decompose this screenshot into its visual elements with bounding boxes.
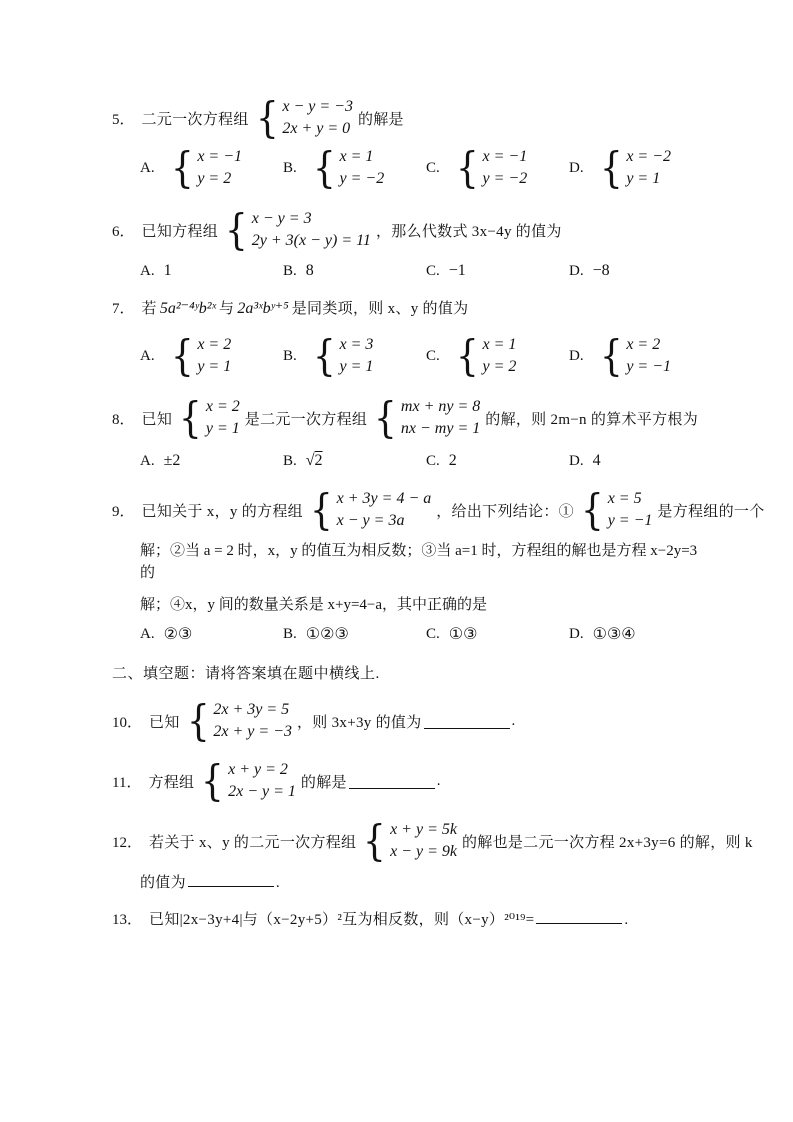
equation-system: {x = 2y = 1 — [177, 396, 240, 440]
question-text: ，则 3x+3y 的值为 — [297, 711, 422, 732]
option-value: ①②③ — [306, 624, 349, 644]
option-label: B. — [283, 626, 297, 643]
section-2-heading: 二、填空题：请将答案填在题中横线上. — [112, 662, 713, 683]
option-value-sqrt: √2 — [306, 452, 323, 470]
option-value: ±2 — [164, 452, 181, 470]
question-number: 9． — [112, 500, 135, 521]
option-d: D. {x = 2y = −1 — [569, 334, 676, 378]
equation-system: {x = 2y = −1 — [598, 334, 671, 378]
question-10: 10． 已知 {2x + 3y = 52x + y = −3 ，则 3x+3y … — [112, 699, 713, 743]
left-brace: { — [179, 396, 202, 440]
question-text: 与 — [219, 298, 234, 320]
question-number: 5． — [112, 108, 135, 129]
option-label: C. — [426, 160, 440, 177]
equation-line: 2x + 3y = 5 — [213, 699, 292, 721]
left-brace: { — [171, 146, 194, 190]
left-brace: { — [187, 699, 210, 743]
option-value: 8 — [306, 262, 314, 280]
question-9-stem-line3: 解；④x，y 间的数量关系是 x+y=4−a，其中正确的是 — [140, 594, 713, 616]
equation-line: x = 5 — [608, 488, 653, 510]
equation-line: x = 1 — [340, 146, 385, 168]
option-value: 4 — [593, 452, 601, 470]
question-number: 12． — [112, 831, 142, 852]
question-7: 7． 若 5a²⁻⁴ʸb²ˣ 与 2a³ˣbʸ⁺⁵ 是同类项，则 x、y 的值为… — [112, 298, 713, 378]
question-text: ，给出下列结论：① — [436, 500, 574, 521]
question-6: 6． 已知方程组 { x − y = 3 2y + 3(x − y) = 11 … — [112, 208, 713, 280]
option-label: A. — [140, 453, 155, 470]
option-label: D. — [569, 160, 584, 177]
question-text: . — [437, 773, 441, 790]
question-text: 是方程组的一个 — [657, 500, 764, 521]
answer-blank — [188, 871, 274, 887]
question-text: 的值为 — [140, 872, 186, 894]
left-brace: { — [313, 334, 336, 378]
option-value: ①③④ — [593, 624, 636, 644]
question-text: 若关于 x、y 的二元一次方程组 — [149, 831, 356, 852]
option-label: A. — [140, 160, 155, 177]
equation-line: x = −1 — [483, 146, 528, 168]
equation-line: x = 2 — [206, 396, 240, 418]
answer-blank — [536, 908, 622, 924]
option-label: D. — [569, 348, 584, 365]
left-brace: { — [225, 208, 248, 252]
equation-system: {x = 3y = 1 — [311, 334, 374, 378]
equation-line: x = −2 — [626, 146, 671, 168]
question-13-stem: 13． 已知|2x−3y+4|与（x−2y+5）²互为相反数，则（x−y）²⁰¹… — [112, 908, 713, 931]
question-text: . — [624, 909, 628, 931]
option-label: D. — [569, 626, 584, 643]
option-a: A.②③ — [140, 624, 283, 644]
option-label: D. — [569, 263, 584, 280]
equation-line: y = −1 — [626, 356, 671, 378]
option-b: B. {x = 1y = −2 — [283, 146, 426, 190]
question-10-stem: 10． 已知 {2x + 3y = 52x + y = −3 ，则 3x+3y … — [112, 699, 713, 743]
equation-line: y = −2 — [340, 168, 385, 190]
question-text: . — [512, 713, 516, 730]
question-text: 若 — [142, 298, 157, 320]
equation-system: { x − y = −3 2x + y = 0 — [254, 96, 353, 140]
question-8-stem: 8． 已知 {x = 2y = 1 是二元一次方程组 {mx + ny = 8n… — [112, 396, 713, 440]
equation-line: x − y = 3a — [337, 510, 432, 532]
left-brace: { — [171, 334, 194, 378]
question-12-stem-line2: 的值为 . — [140, 871, 713, 894]
option-label: B. — [283, 160, 297, 177]
option-d: D. {x = −2y = 1 — [569, 146, 676, 190]
option-value: 2 — [449, 452, 457, 470]
option-b: B.√2 — [283, 452, 426, 470]
option-c: C.2 — [426, 452, 569, 470]
equation-system: {x = −1y = 2 — [169, 146, 242, 190]
equation-line: y = −2 — [483, 168, 528, 190]
answer-blank — [349, 773, 435, 789]
equation-line: 2x + y = −3 — [213, 721, 292, 743]
question-text: 已知关于 x，y 的方程组 — [142, 500, 303, 521]
left-brace: { — [581, 488, 604, 532]
question-11-stem: 11． 方程组 {x + y = 22x − y = 1 的解是 . — [112, 759, 713, 803]
question-12: 12． 若关于 x、y 的二元一次方程组 {x + y = 5kx − y = … — [112, 819, 713, 894]
question-number: 7． — [112, 298, 135, 320]
equation-system: {x = −1y = −2 — [454, 146, 527, 190]
question-text: 的解是 — [301, 771, 347, 792]
equation-system: {x = 1y = 2 — [454, 334, 517, 378]
equation-system: {x = 1y = −2 — [311, 146, 384, 190]
question-number: 10． — [112, 711, 142, 732]
options-row: A.1 B.8 C.−1 D.−8 — [140, 262, 713, 280]
option-d: D.4 — [569, 452, 601, 470]
option-value: ①③ — [449, 624, 478, 644]
option-label: B. — [283, 453, 297, 470]
left-brace: { — [456, 334, 479, 378]
left-brace: { — [600, 146, 623, 190]
question-12-stem-line1: 12． 若关于 x、y 的二元一次方程组 {x + y = 5kx − y = … — [112, 819, 713, 863]
equation-system: {x = −2y = 1 — [598, 146, 671, 190]
equation-line: x = 2 — [197, 334, 231, 356]
question-9: 9． 已知关于 x，y 的方程组 {x + 3y = 4 − ax − y = … — [112, 488, 713, 644]
left-brace: { — [374, 396, 397, 440]
equation-line: x + y = 2 — [228, 759, 296, 781]
option-d: D.−8 — [569, 262, 610, 280]
question-text: 已知 — [142, 408, 173, 429]
answer-blank — [424, 713, 510, 729]
question-5: 5． 二元一次方程组 { x − y = −3 2x + y = 0 的解是 A… — [112, 96, 713, 190]
worksheet-page: 5． 二元一次方程组 { x − y = −3 2x + y = 0 的解是 A… — [0, 0, 793, 931]
options-row: A. {x = 2y = 1 B. {x = 3y = 1 C. {x = 1y… — [140, 334, 713, 378]
question-9-stem-line2: 解；②当 a = 2 时，x，y 的值互为相反数；③当 a=1 时，方程组的解也… — [140, 540, 713, 584]
option-d: D.①③④ — [569, 624, 636, 644]
question-6-stem: 6． 已知方程组 { x − y = 3 2y + 3(x − y) = 11 … — [112, 208, 713, 252]
question-text: 方程组 — [148, 771, 194, 792]
question-7-stem: 7． 若 5a²⁻⁴ʸb²ˣ 与 2a³ˣbʸ⁺⁵ 是同类项，则 x、y 的值为 — [112, 298, 713, 320]
question-number: 6． — [112, 220, 135, 241]
question-text: 的解是 — [358, 108, 404, 129]
left-brace: { — [201, 759, 224, 803]
equation-system: {x + 3y = 4 − ax − y = 3a — [308, 488, 431, 532]
option-a: A. {x = −1y = 2 — [140, 146, 283, 190]
math-expression: 2a³ˣbʸ⁺⁵ — [237, 298, 288, 320]
equation-line: y = 1 — [340, 356, 374, 378]
left-brace: { — [456, 146, 479, 190]
radical-sign: √ — [306, 452, 315, 469]
option-c: C.−1 — [426, 262, 569, 280]
option-label: B. — [283, 263, 297, 280]
question-number: 11． — [112, 771, 141, 792]
option-label: B. — [283, 348, 297, 365]
question-8: 8． 已知 {x = 2y = 1 是二元一次方程组 {mx + ny = 8n… — [112, 396, 713, 470]
equation-line: x + 3y = 4 − a — [337, 488, 432, 510]
option-label: C. — [426, 453, 440, 470]
equation-line: mx + ny = 8 — [401, 396, 480, 418]
option-label: C. — [426, 348, 440, 365]
equation-line: nx − my = 1 — [401, 418, 480, 440]
equation-line: y = 2 — [483, 356, 517, 378]
question-text: 已知方程组 — [142, 220, 219, 241]
equation-system: {x + y = 5kx − y = 9k — [361, 819, 457, 863]
options-row: A.±2 B.√2 C.2 D.4 — [140, 452, 713, 470]
equation-line: 2x + y = 0 — [282, 118, 353, 140]
option-label: A. — [140, 626, 155, 643]
equation-system: {x = 2y = 1 — [169, 334, 232, 378]
equation-line: y = 1 — [197, 356, 231, 378]
equation-line: 2x − y = 1 — [228, 781, 296, 803]
question-text: 是同类项，则 x、y 的值为 — [292, 298, 469, 320]
question-9-stem-line1: 9． 已知关于 x，y 的方程组 {x + 3y = 4 − ax − y = … — [112, 488, 713, 532]
option-value: −8 — [593, 262, 610, 280]
question-text: 是二元一次方程组 — [245, 408, 367, 429]
option-c: C.①③ — [426, 624, 569, 644]
math-expression: 5a²⁻⁴ʸb²ˣ — [160, 298, 216, 320]
equation-line: x − y = 9k — [390, 841, 457, 863]
option-c: C. {x = −1y = −2 — [426, 146, 569, 190]
left-brace: { — [600, 334, 623, 378]
option-a: A. {x = 2y = 1 — [140, 334, 283, 378]
left-brace: { — [256, 96, 279, 140]
option-b: B.①②③ — [283, 624, 426, 644]
option-label: A. — [140, 348, 155, 365]
question-text: ，那么代数式 3x−4y 的值为 — [376, 220, 562, 241]
option-a: A.±2 — [140, 452, 283, 470]
equation-line: y = 1 — [206, 418, 240, 440]
option-a: A.1 — [140, 262, 283, 280]
option-value: −1 — [449, 262, 466, 280]
equation-line: 2y + 3(x − y) = 11 — [252, 230, 371, 252]
options-row: A. {x = −1y = 2 B. {x = 1y = −2 C. {x = … — [140, 146, 713, 190]
equation-line: x − y = −3 — [282, 96, 353, 118]
option-label: C. — [426, 626, 440, 643]
option-label: A. — [140, 263, 155, 280]
equation-line: x + y = 5k — [390, 819, 457, 841]
option-label: C. — [426, 263, 440, 280]
left-brace: { — [313, 146, 336, 190]
equation-line: x = −1 — [197, 146, 242, 168]
question-text: 的解也是二元一次方程 2x+3y=6 的解，则 k — [462, 831, 753, 852]
equation-system: { x − y = 3 2y + 3(x − y) = 11 — [223, 208, 371, 252]
option-label: D. — [569, 453, 584, 470]
option-b: B.8 — [283, 262, 426, 280]
question-13: 13． 已知|2x−3y+4|与（x−2y+5）²互为相反数，则（x−y）²⁰¹… — [112, 908, 713, 931]
equation-line: x = 2 — [626, 334, 671, 356]
question-text: . — [276, 872, 280, 894]
question-5-stem: 5． 二元一次方程组 { x − y = −3 2x + y = 0 的解是 — [112, 96, 713, 140]
question-number: 8． — [112, 408, 135, 429]
equation-line: y = −1 — [608, 510, 653, 532]
options-row: A.②③ B.①②③ C.①③ D.①③④ — [140, 624, 713, 644]
equation-line: y = 2 — [197, 168, 242, 190]
question-text: 的解，则 2m−n 的算术平方根为 — [485, 408, 698, 429]
equation-system: {2x + 3y = 52x + y = −3 — [185, 699, 292, 743]
option-c: C. {x = 1y = 2 — [426, 334, 569, 378]
equation-line: x = 1 — [483, 334, 517, 356]
option-value: ②③ — [164, 624, 193, 644]
question-11: 11． 方程组 {x + y = 22x − y = 1 的解是 . — [112, 759, 713, 803]
equation-system: {x + y = 22x − y = 1 — [199, 759, 296, 803]
question-text: 二元一次方程组 — [142, 108, 249, 129]
equation-system: {x = 5y = −1 — [579, 488, 652, 532]
equation-line: x = 3 — [340, 334, 374, 356]
radicand: 2 — [315, 452, 323, 469]
option-value: 1 — [164, 262, 172, 280]
equation-system: {mx + ny = 8nx − my = 1 — [372, 396, 480, 440]
question-number: 13． — [112, 909, 142, 931]
equation-line: x − y = 3 — [252, 208, 371, 230]
option-b: B. {x = 3y = 1 — [283, 334, 426, 378]
equation-line: y = 1 — [626, 168, 671, 190]
left-brace: { — [310, 488, 333, 532]
left-brace: { — [363, 819, 386, 863]
question-text: 已知|2x−3y+4|与（x−2y+5）²互为相反数，则（x−y）²⁰¹⁹= — [149, 909, 534, 931]
question-text: 已知 — [149, 711, 180, 732]
